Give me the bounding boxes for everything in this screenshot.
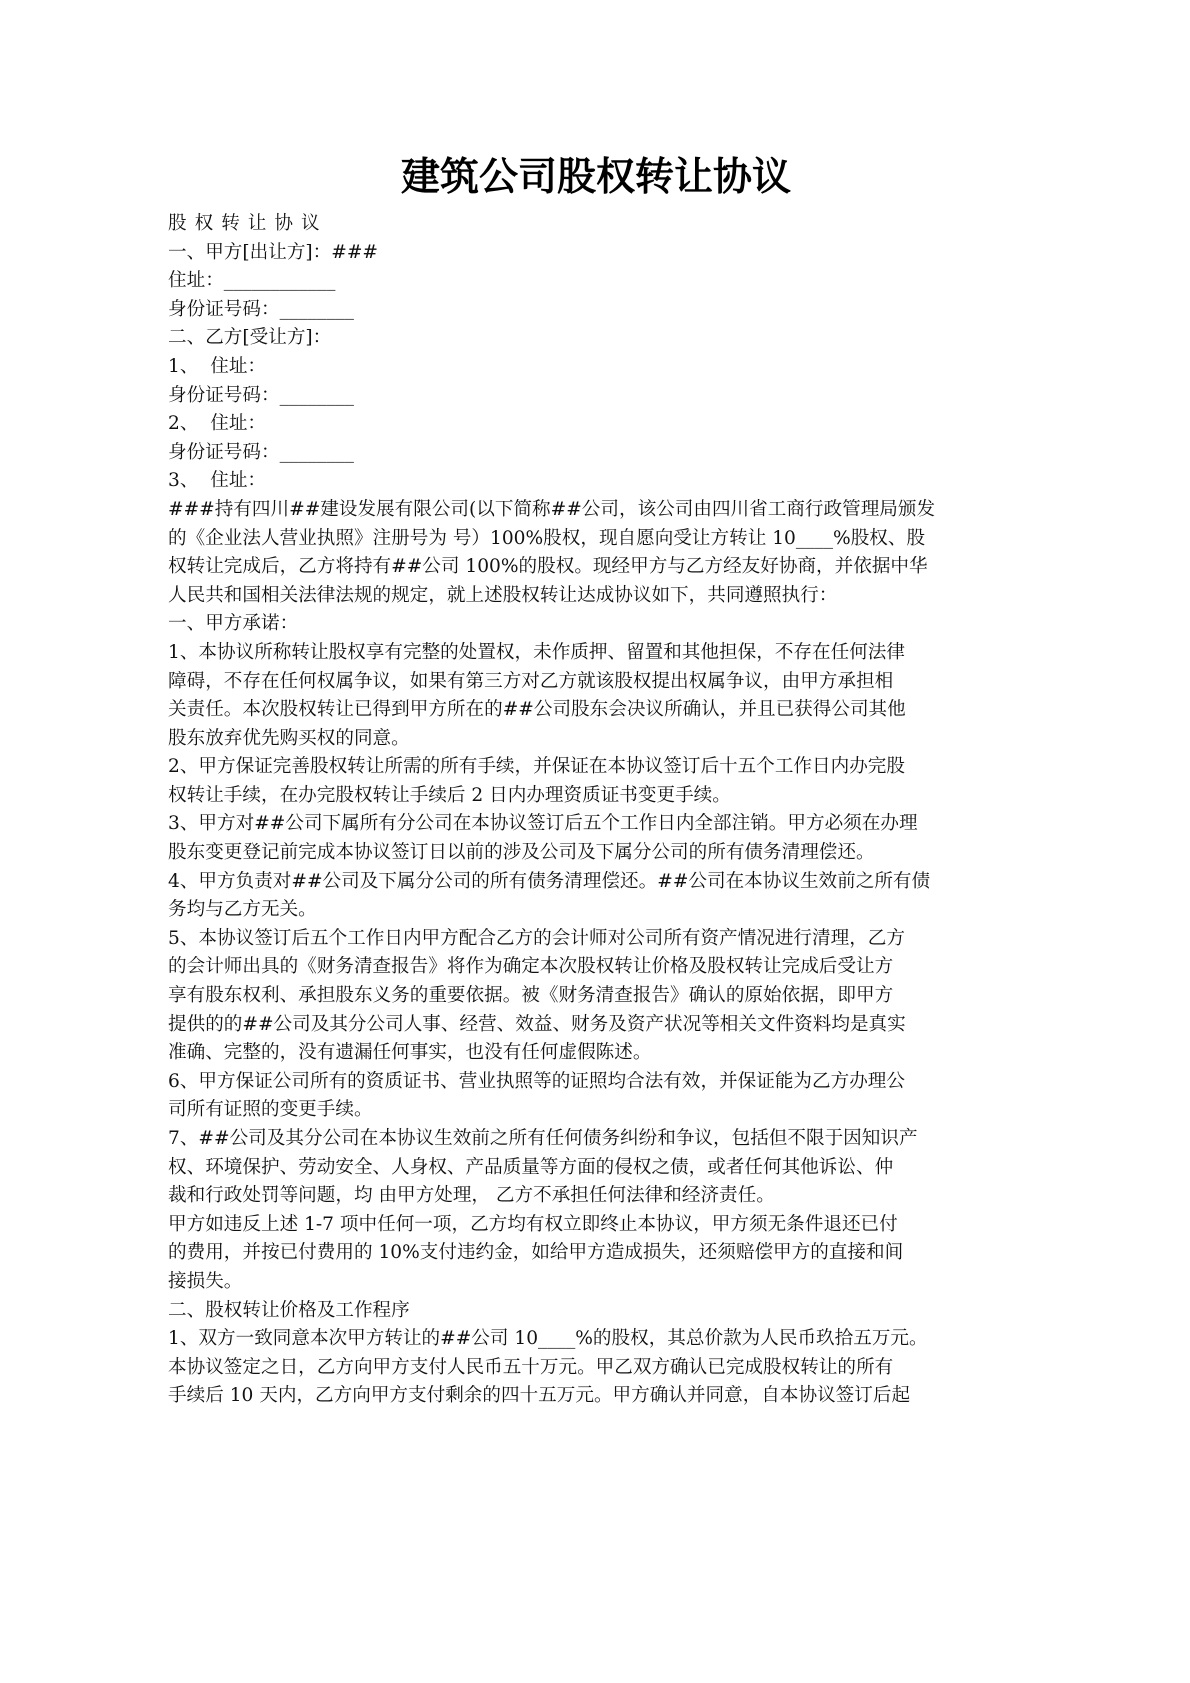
preamble: ###持有四川##建设发展有限公司(以下简称##公司，该公司由四川省工商行政管理… [168,496,1024,610]
party-b-2-id: 身份证号码：________ [168,439,1024,468]
document-page: 建筑公司股权转让协议 股权转让协议 一、甲方[出让方]：### 住址：_____… [168,148,1024,1411]
clause-line: 的会计师出具的《财务清查报告》将作为确定本次股权转让价格及股权转让完成后受让方 [168,953,1024,982]
clause-line: 权、环境保护、劳动安全、人身权、产品质量等方面的侵权之债，或者任何其他诉讼、仲 [168,1154,1024,1183]
address-blank: ____________ [224,270,336,291]
id-blank: ________ [280,442,354,463]
clause-line: 3、甲方对##公司下属所有分公司在本协议签订后五个工作日内全部注销。甲方必须在办… [168,810,1024,839]
clause-line: 2、甲方保证完善股权转让所需的所有手续，并保证在本协议签订后十五个工作日内办完股 [168,753,1024,782]
party-a-id: 身份证号码：________ [168,296,1024,325]
party-b-heading: 二、乙方[受让方]： [168,324,1024,353]
party-b-3-address: 3、 住址： [168,467,1024,496]
clause-line: 1、双方一致同意本次甲方转让的##公司 10____%的股权，其总价款为人民币玖… [168,1325,1024,1354]
clause-line: 准确、完整的，没有遗漏任何事实，也没有任何虚假陈述。 [168,1039,1024,1068]
clause-line: 甲方如违反上述 1-7 项中任何一项，乙方均有权立即终止本协议，甲方须无条件退还… [168,1211,1024,1240]
id-blank: ________ [280,299,354,320]
section-heading: 一、甲方承诺： [168,610,1024,639]
clause-line: 司所有证照的变更手续。 [168,1096,1024,1125]
address-label: 住址： [168,270,224,291]
clause-line: 关责任。本次股权转让已得到甲方所在的##公司股东会决议所确认，并且已获得公司其他 [168,696,1024,725]
clause-line: 5、本协议签订后五个工作日内甲方配合乙方的会计师对公司所有资产情况进行清理，乙方 [168,925,1024,954]
clause-line: 本协议签定之日，乙方向甲方支付人民币五十万元。甲乙双方确认已完成股权转让的所有 [168,1354,1024,1383]
id-label: 身份证号码： [168,385,280,406]
clause-line: 股东变更登记前完成本协议签订日以前的涉及公司及下属分公司的所有债务清理偿还。 [168,839,1024,868]
id-label: 身份证号码： [168,299,280,320]
clause-line: 6、甲方保证公司所有的资质证书、营业执照等的证照均合法有效，并保证能为乙方办理公 [168,1068,1024,1097]
clause-line: 权转让手续，在办完股权转让手续后 2 日内办理资质证书变更手续。 [168,782,1024,811]
preamble-line: 人民共和国相关法律法规的规定，就上述股权转让达成协议如下，共同遵照执行： [168,582,1024,611]
preamble-line: ###持有四川##建设发展有限公司(以下简称##公司，该公司由四川省工商行政管理… [168,496,1024,525]
preamble-line: 的《企业法人营业执照》注册号为 号）100%股权，现自愿向受让方转让 10___… [168,525,1024,554]
clause-line: 提供的的##公司及其分公司人事、经营、效益、财务及资产状况等相关文件资料均是真实 [168,1011,1024,1040]
clause-line: 的费用，并按已付费用的 10%支付违约金，如给甲方造成损失，还须赔偿甲方的直接和… [168,1239,1024,1268]
party-b-2-address: 2、 住址： [168,410,1024,439]
party-b-1-id: 身份证号码：________ [168,382,1024,411]
clause-line: 1、本协议所称转让股权享有完整的处置权，未作质押、留置和其他担保，不存在任何法律 [168,639,1024,668]
document-subtitle: 股权转让协议 [168,210,1024,239]
clause-line: 手续后 10 天内，乙方向甲方支付剩余的四十五万元。甲方确认并同意，自本协议签订… [168,1382,1024,1411]
party-b-1-address: 1、 住址： [168,353,1024,382]
preamble-line: 权转让完成后，乙方将持有##公司 100%的股权。现经甲方与乙方经友好协商，并依… [168,553,1024,582]
clause-line: 裁和行政处罚等问题，均 由甲方处理， 乙方不承担任何法律和经济责任。 [168,1182,1024,1211]
section-party-a-commitments: 一、甲方承诺： 1、本协议所称转让股权享有完整的处置权，未作质押、留置和其他担保… [168,610,1024,1296]
clause-line: 务均与乙方无关。 [168,896,1024,925]
section-price-and-procedure: 二、股权转让价格及工作程序 1、双方一致同意本次甲方转让的##公司 10____… [168,1297,1024,1411]
document-title: 建筑公司股权转让协议 [168,148,1024,208]
party-a-heading: 一、甲方[出让方]：### [168,239,1024,268]
id-blank: ________ [280,385,354,406]
clause-line: 障碍，不存在任何权属争议，如果有第三方对乙方就该股权提出权属争议，由甲方承担相 [168,668,1024,697]
clause-line: 7、##公司及其分公司在本协议生效前之所有任何债务纠纷和争议，包括但不限于因知识… [168,1125,1024,1154]
clause-line: 股东放弃优先购买权的同意。 [168,725,1024,754]
section-heading: 二、股权转让价格及工作程序 [168,1297,1024,1326]
clause-line: 4、甲方负责对##公司及下属分公司的所有债务清理偿还。##公司在本协议生效前之所… [168,868,1024,897]
clause-line: 享有股东权利、承担股东义务的重要依据。被《财务清查报告》确认的原始依据，即甲方 [168,982,1024,1011]
clause-line: 接损失。 [168,1268,1024,1297]
id-label: 身份证号码： [168,442,280,463]
party-a-address: 住址：____________ [168,267,1024,296]
